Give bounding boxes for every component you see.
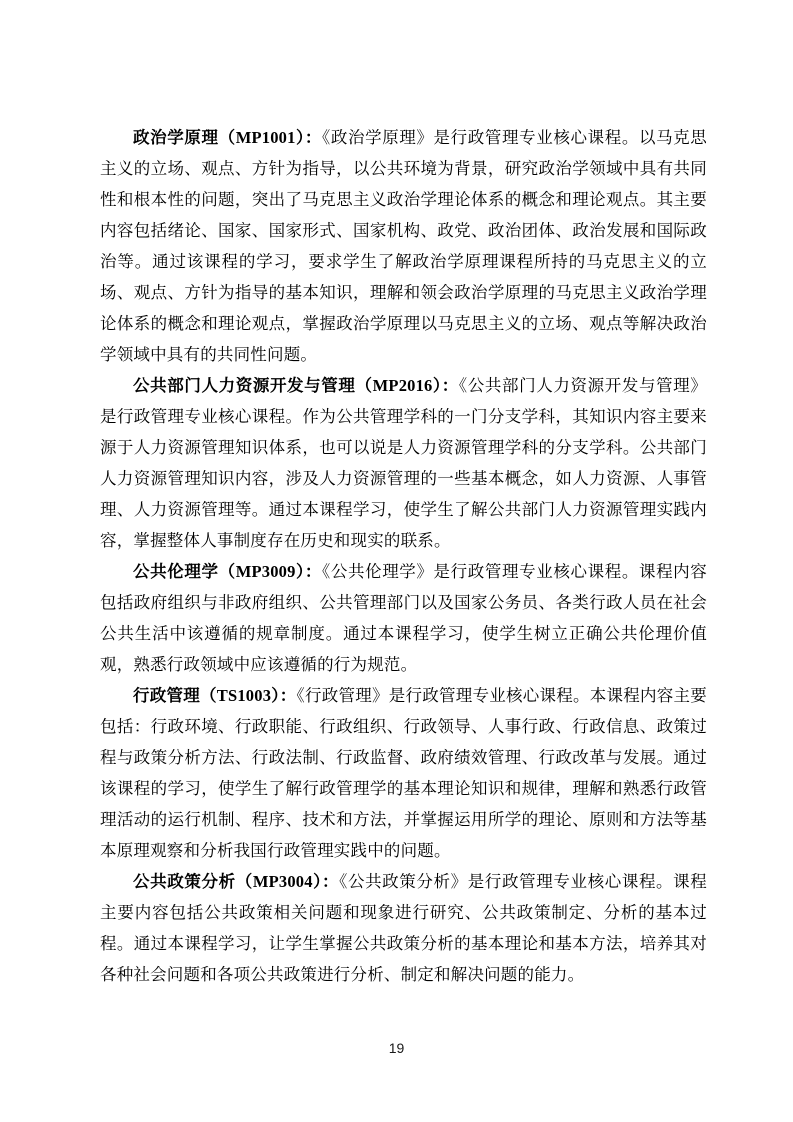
course-title-mp1001: 政治学原理（MP1001）： (133, 128, 322, 147)
course-description-ts1003: 《行政管理》是行政管理专业核心课程。本课程内容主要包括：行政环境、行政职能、行政… (100, 686, 707, 860)
course-paragraph: 政治学原理（MP1001）：《政治学原理》是行政管理专业核心课程。以马克思主义的… (100, 122, 707, 370)
page-body-text: 政治学原理（MP1001）：《政治学原理》是行政管理专业核心课程。以马克思主义的… (100, 122, 707, 990)
course-paragraph: 行政管理（TS1003）：《行政管理》是行政管理专业核心课程。本课程内容主要包括… (100, 680, 707, 866)
course-title-mp3004: 公共政策分析（MP3004）： (133, 872, 339, 891)
course-paragraph: 公共部门人力资源开发与管理（MP2016）：《公共部门人力资源开发与管理》是行政… (100, 370, 707, 556)
course-paragraph: 公共政策分析（MP3004）：《公共政策分析》是行政管理专业核心课程。课程主要内… (100, 866, 707, 990)
page-number: 19 (389, 1040, 405, 1056)
course-description-mp2016: 《公共部门人力资源开发与管理》是行政管理专业核心课程。作为公共管理学科的一门分支… (100, 376, 707, 550)
course-paragraph: 公共伦理学（MP3009）：《公共伦理学》是行政管理专业核心课程。课程内容包括政… (100, 556, 707, 680)
course-title-ts1003: 行政管理（TS1003）： (133, 686, 296, 705)
course-title-mp2016: 公共部门人力资源开发与管理（MP2016）： (133, 376, 459, 395)
page-footer: 19 (0, 1040, 793, 1056)
document-page: 政治学原理（MP1001）：《政治学原理》是行政管理专业核心课程。以马克思主义的… (0, 0, 793, 1122)
course-description-mp1001: 《政治学原理》是行政管理专业核心课程。以马克思主义的立场、观点、方针为指导，以公… (100, 128, 707, 364)
course-title-mp3009: 公共伦理学（MP3009）： (133, 562, 322, 581)
